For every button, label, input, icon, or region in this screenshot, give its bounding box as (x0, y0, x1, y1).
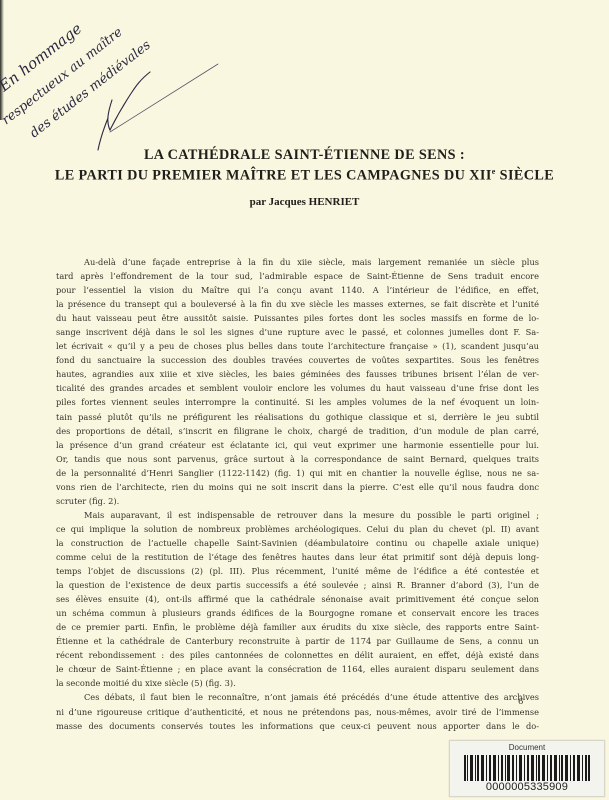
body-line: la présence du transept qui a bouleversé… (56, 297, 539, 311)
body-line: Or, tandis que nous sont parvenus, grâce… (56, 452, 539, 466)
body-line: temps l’objet de discussions (2) (pl. II… (56, 564, 539, 578)
article-body: Au-delà d’une façade entreprise à la fin… (56, 255, 539, 733)
body-line: ses élèves ensuite (4), ont-ils affirmé … (56, 592, 539, 606)
body-line: récent rebondissement : des piles canton… (56, 648, 539, 662)
body-line: la présence d’un grand créateur est écla… (56, 438, 539, 452)
body-line: le chœur de Saint-Étienne ; en place ava… (56, 662, 539, 676)
body-line: la construction de l’actuelle chapelle S… (56, 536, 539, 550)
body-line: sange inscrivent déjà dans le sol les si… (56, 325, 539, 339)
body-line: ni d’une rigoureuse critique d’authentic… (56, 705, 539, 719)
barcode-label: Document 0000005335909 (449, 740, 605, 797)
barcode-icon (464, 755, 590, 781)
body-line: ce qui implique la solution de nombreux … (56, 522, 539, 536)
body-line: hautes, agrandies aux xiiie et xive sièc… (56, 367, 539, 381)
body-line: piles fortes viennent seules interrompre… (56, 395, 539, 409)
body-line: ticalité des grandes arcades et semblent… (56, 381, 539, 395)
article-author: par Jacques HENRIET (0, 196, 609, 208)
body-line: du haut vaisseau peut être aussitôt sais… (56, 311, 539, 325)
body-line: masse des documents conservés toutes les… (56, 719, 539, 733)
body-line: comme celui de la restitution de l’étage… (56, 550, 539, 564)
handwriting-icon: En hommage respectueux au maître des étu… (0, 0, 230, 160)
body-line: Au-delà d’une façade entreprise à la fin… (56, 255, 539, 269)
barcode-number: 0000005335909 (450, 781, 604, 793)
body-line: tain passé plutôt qu’ils ne préfigurent … (56, 410, 539, 424)
body-line: des proportions de détail, s’inscrit en … (56, 424, 539, 438)
body-line: un schéma commun à plusieurs grands édif… (56, 606, 539, 620)
body-line: tard après l’effondrement de la tour sud… (56, 269, 539, 283)
body-line: Étienne et la cathédrale de Canterbury r… (56, 634, 539, 648)
body-line: vons rien de l’architecte, rien du moins… (56, 480, 539, 494)
body-line: de ce premier parti. Enfin, le problème … (56, 620, 539, 634)
title-line-2-text: LE PARTI DU PREMIER MAÎTRE ET LES CAMPAG… (55, 168, 492, 184)
barcode-title: Document (450, 743, 604, 752)
body-line: de la personnalité d’Henri Sanglier (112… (56, 466, 539, 480)
title-line-2-suffix: SIÈCLE (496, 168, 554, 184)
article-title-line-2: LE PARTI DU PREMIER MAÎTRE ET LES CAMPAG… (0, 167, 609, 185)
body-line: Mais auparavant, il est indispensable de… (56, 508, 539, 522)
body-line: fond du sanctuaire la succession des dou… (56, 353, 539, 367)
body-line: let écrivait « qu’il y a peu de choses p… (56, 339, 539, 353)
body-line: scruter (fig. 2). (56, 494, 539, 508)
body-line: la question de l’existence de deux parti… (56, 578, 539, 592)
body-line: pour l’essentiel la vision du Maître qui… (56, 283, 539, 297)
article-title-line-1: LA CATHÉDRALE SAINT-ÉTIENNE DE SENS : (0, 147, 609, 164)
page-number: 6 (518, 697, 523, 707)
body-line: la seconde moitié du xixe siècle (5) (fi… (56, 676, 539, 690)
handwritten-dedication: En hommage respectueux au maître des étu… (0, 0, 230, 160)
body-line: Ces débats, il faut bien le reconnaître,… (56, 690, 539, 704)
